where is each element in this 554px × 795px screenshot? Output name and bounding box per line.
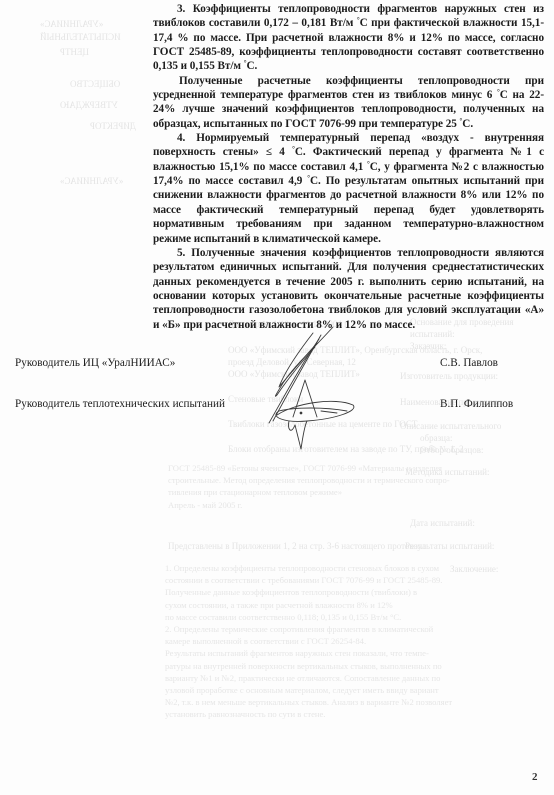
ghost-stamp-line-2: ИСПЫТАТЕЛЬНЫЙ [40, 31, 121, 43]
ghost-stamp-line-7: «УРАЛНИИАС» [60, 175, 123, 187]
ghost-stamp-line-3: ЦЕНТР [60, 46, 89, 58]
ghost-value-appendix: Представлены в Приложении 1, 2 на стр. 3… [168, 540, 426, 552]
conclusions-text: 3. Коэффициенты теплопроводности фрагмен… [153, 2, 544, 332]
ghost-label-3: Заказчик: [410, 340, 446, 352]
signatory-role: Руководитель теплотехнических испытаний [15, 398, 225, 410]
paragraph-5: 5. Полученные значения коэффициентов теп… [153, 246, 544, 332]
page-number: 2 [532, 771, 538, 783]
signatory-name: В.П. Филиппов [440, 398, 513, 410]
paragraph-3-continued: Полученные расчетные коэффициенты теплоп… [153, 74, 544, 131]
ghost-label-12: Заключение: [450, 563, 498, 575]
ghost-label-7: образца: [420, 432, 452, 444]
ghost-label-9: Методика испытаний: [405, 466, 489, 478]
paragraph-3: 3. Коэффициенты теплопроводности фрагмен… [153, 2, 544, 74]
ghost-stamp-line-1: «УРАЛНИИАС» [40, 18, 103, 30]
signatory-name: С.В. Павлов [440, 357, 498, 369]
ghost-label-11: Результаты испытаний: [405, 540, 494, 552]
ghost-label-6: Описание испытательного [400, 420, 501, 432]
ghost-stamp-line-5: УТВЕРЖДАЮ [60, 99, 118, 111]
signatory-role: Руководитель ИЦ «УралНИИАС» [15, 357, 175, 369]
ghost-label-10: Дата испытаний: [410, 517, 475, 529]
ghost-stamp-line-6: ДИРЕКТОР [90, 120, 136, 132]
document-page: «УРАЛНИИАС» ИСПЫТАТЕЛЬНЫЙ ЦЕНТР ОБЩЕСТВО… [0, 0, 554, 795]
ghost-label-4: Изготовитель продукции: [400, 370, 498, 382]
paragraph-4: 4. Нормируемый температурный перепад «во… [153, 131, 544, 246]
ghost-stamp-line-4: ОБЩЕСТВО [70, 78, 120, 90]
ghost-conclusion-block: 1. Определены коэффициенты теплопроводно… [165, 562, 537, 721]
handwritten-signature-icon [255, 325, 360, 450]
ghost-methodology-block: ГОСТ 25485-89 «Бетоны ячеистые», ГОСТ 70… [168, 462, 536, 511]
ghost-label-8: Отбор образцов: [420, 444, 483, 456]
